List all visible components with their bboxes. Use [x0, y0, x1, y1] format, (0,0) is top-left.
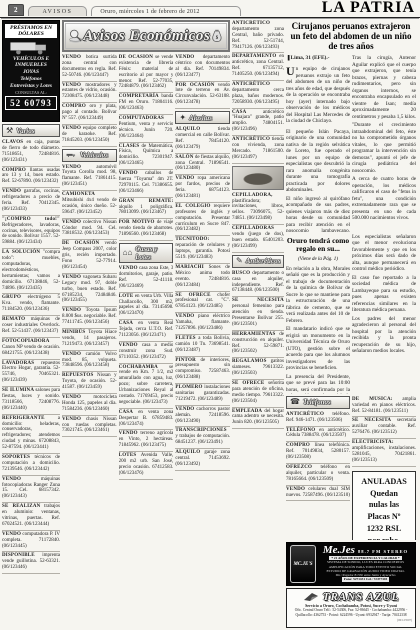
classified-ad: VENDO cachorros pastor alemán. 72418596.…: [175, 406, 230, 428]
article-row-1: Lima, 31 (EFE).- Un equipo de cirujanos …: [286, 55, 416, 231]
classified-ad: SE NECESITA personal femenino para atenc…: [232, 297, 284, 330]
classified-ad: VENDO celulares dual SIM nuevos. 7258749…: [286, 486, 350, 502]
classified-ad: SE NECESITA secretaria auxiliar contable…: [352, 417, 416, 439]
classified-ad: SOPORTES técnicos de computación a domic…: [2, 454, 60, 476]
classifieds-telefonos: ANTICRÉTICO teléfono. Ref. 946-1471. (06…: [286, 411, 350, 502]
pencil-icon: ✎: [236, 257, 243, 265]
classified-ad: PLOMERO instalaciones sanitarias garanti…: [175, 384, 230, 406]
classifieds-col2b: VENDO automóvil Toyota Corolla mod. 98, …: [62, 164, 117, 438]
article-paragraph: El caso fue reportado a la sociedad médi…: [352, 275, 416, 314]
classifieds-col3b: VENDO casa zona Este, 3 dormitorios, gar…: [119, 265, 174, 480]
article-paragraph: Los especialistas señalaron que el menor…: [352, 234, 416, 273]
classified-ad: CASA en venta Real Tejada, cerca U.T.O. …: [119, 320, 174, 342]
truck-icon: [66, 151, 77, 159]
radio-logo: MC.JE'S: [290, 545, 316, 583]
phone-icon: ☎: [290, 398, 300, 406]
classified-ad: LA SOLUCIÓN "compra todo": muebles, comp…: [2, 249, 60, 294]
classified-ad: VENDO mostradores y estantes de vidrio, …: [62, 82, 117, 104]
column-6-lower: ☎ Teléfonos ANTICRÉTICO teléfono. Ref. 9…: [286, 396, 350, 540]
classified-ad: VENDO departamento céntrico con document…: [175, 54, 230, 82]
classified-ad: FLETES a toda Bolivia, camión 10 Tn. 736…: [175, 335, 230, 357]
classified-ad: ANTICRÉTICO tienda con vivienda, zona Me…: [232, 136, 284, 164]
classified-ad: VENDO chasis Nissan con ruedas completas…: [62, 416, 117, 438]
classified-ad: GRUPO electrógeno 5 Kva. vendo, flamante…: [2, 294, 60, 316]
classifieds-col4a: VENDO departamento céntrico con document…: [175, 54, 230, 109]
loan-ad-phone-label: CONSULTAS AL:: [5, 90, 57, 95]
classified-ad: COMPRETARÍA banda FM en Oruro. 71804116.…: [119, 93, 174, 115]
ekeko-figure-icon: ✦: [179, 114, 186, 122]
house-icon: ⌂⌂: [123, 249, 133, 257]
classified-ad: ALQUILO tienda comercial en calle Bolíva…: [175, 126, 230, 154]
classified-ad: LAVADORAS repuestos Electro Hogar, garan…: [2, 360, 60, 388]
section-tab[interactable]: AVISOS: [28, 6, 88, 16]
radio-ad-phone: Fono: 5271431 Cel.: 72477345: [342, 577, 389, 581]
radio-station-ad: MC.JE'S Me.Jes 88.7 FM STEREO * 21 AÑOS …: [286, 542, 416, 586]
anuladas-line: ANULADAS: [355, 476, 413, 488]
page-number: 2: [8, 4, 24, 16]
money-bag-icon: $: [210, 25, 224, 47]
classified-ad: VENDO camión Volvo mod. 85, volqueta. 73…: [62, 351, 117, 373]
section-header-anticreticos: ✎ Anticréticos: [232, 255, 284, 268]
classified-ad: DEPARTAMENTO en anticrético, zona Centra…: [232, 53, 284, 81]
classified-ad: SE REALIZAN trabajos en aluminio: ventan…: [2, 503, 60, 531]
classified-ad: ALQUILO garaje zona central. 71453692. (…: [175, 449, 230, 471]
article-col-b: Tras la cirugía, Antenor Aguilar explicó…: [352, 55, 416, 231]
radio-name: Me.Jes: [323, 545, 355, 556]
section-title: Anticréticos: [246, 257, 281, 265]
classified-ad: REPUESTOS Nissan y Toyota, de ocasión. 5…: [62, 372, 117, 394]
classified-ad: TECNITODO: reparación de celulares y lap…: [175, 236, 230, 264]
radio-ad-content: Me.Jes 88.7 FM STEREO * 21 AÑOS DE EXPER…: [319, 545, 412, 583]
article-paragraph: El pequeño Islán Pacaya, originario de u…: [286, 129, 350, 194]
section-header-varios: ⚒ Varios: [2, 124, 60, 137]
middle-columns: VENDO botica surtida zona central con do…: [62, 54, 230, 628]
article-paragraph: En relación a la obra, Morales señaló qu…: [286, 266, 350, 325]
classified-ad: VENDO Toyota Ipsum 8.000 $us. negociable…: [62, 307, 117, 329]
article-paragraph: Tras la cirugía, Antenor Aguilar explicó…: [352, 55, 416, 120]
column-1: PRÉSTAMOS EN DÓLARES VEHÍCULOS E INMUEBL…: [2, 20, 60, 628]
loan-ad-item: VEHÍCULOS E INMUEBLES: [5, 56, 57, 68]
drop-cap: U: [286, 66, 296, 77]
article-headline: Cirujanos peruanos extrajeron un feto de…: [286, 20, 416, 53]
classified-ad: LOTE en venta Urb. Villa Challacollo, 30…: [119, 293, 174, 321]
classified-ad: POR MOTIVO de viaje vendo tienda de abar…: [119, 219, 174, 241]
article-paragraph: El niño ingresó al quirófano acompañado …: [286, 196, 350, 232]
newspaper-page: 2 AVISOS Oruro, miércoles 1 de febrero d…: [0, 0, 420, 630]
classified-ad: EMPLEADA del hogar cama adentro se neces…: [232, 408, 284, 430]
classified-ad: COMPRO línea telefónica. Ref. 70149834, …: [286, 442, 350, 464]
classified-ad: GRAN REMATE: alquilo 1 poligráfica. 7801…: [119, 198, 174, 220]
classified-ad: OFREZCO teléfono en alquiler, particular…: [286, 464, 350, 486]
loan-ad: PRÉSTAMOS EN DÓLARES VEHÍCULOS E INMUEBL…: [2, 20, 60, 122]
product-photo: [232, 166, 284, 190]
loan-ad-phone: 52 60793: [5, 96, 57, 110]
classified-ad: COMPRO llantas usadas aro 13 y 14, buen …: [2, 167, 60, 189]
classified-ad: DE MÚSICA: amplia variedad en pianos elé…: [352, 396, 416, 418]
classified-ad: VENDO casa a medio construir zona Sud. 6…: [119, 342, 174, 364]
anuladas-line: 1232 RSL: [355, 523, 413, 535]
section-header-vehiculos: Vehículos: [62, 149, 117, 162]
article-row-2: Oruro tendrá como regalo en su... (Viene…: [286, 234, 416, 394]
classified-ad: MARIACHI Sones de México anima todo even…: [175, 264, 230, 292]
continuation-note: (Viene de la Pág. 1): [286, 257, 350, 262]
column-4: VENDO departamento céntrico con document…: [175, 54, 230, 628]
classified-ad: VENDO computadora P. IV completa. 711728…: [2, 531, 60, 553]
tools-icon: ⚒: [6, 127, 13, 135]
classified-ad: REFRIGERANTE a domicilio: heladeras, con…: [2, 415, 60, 454]
classified-ad: SE OFRECE señorita para atención de ofic…: [232, 380, 284, 408]
middle-region: Avisos Económicos $ VENDO botica surtida…: [62, 20, 230, 628]
classified-ad: "¡COMPRO todo!" Refrigeradores, lavadora…: [2, 216, 60, 249]
continuation-headline: Oruro tendrá como regalo en su...: [286, 234, 350, 255]
classified-ad: VENDO máquinas fotocopiadoras Ranger Zun…: [2, 476, 60, 504]
article-col-c: Los especialistas señalaron que el menor…: [352, 234, 416, 394]
section-title: Casas y Lotes: [135, 245, 169, 261]
classifieds-col3a: DE OCASIÓN se vende existencia de librer…: [119, 54, 174, 241]
classified-ad: VENDO automóvil Toyota Corolla mod. 98, …: [62, 164, 117, 192]
classified-ad: HERRAMIENTAS de construcción en alquiler…: [232, 331, 284, 359]
loan-ad-title: PRÉSTAMOS EN DÓLARES: [5, 24, 57, 38]
classified-ad: COMPRO oro y plata, pago al contado. Bol…: [62, 103, 117, 125]
classified-ad: DISPONIBLE imprenta vende guillotina. 52…: [2, 552, 60, 574]
section-header-casas: ⌂⌂ Casas y Lotes: [119, 243, 174, 263]
classified-ad: EL COLEGIO requiere profesores de inglés…: [175, 203, 230, 236]
dateline: Lima, 31 (EFE).-: [286, 55, 329, 61]
classified-ad: SE OFRECE chofer profesional cat. "C". 6…: [175, 292, 230, 314]
article-paragraph: El mandatario indicó que se erigirá un m…: [286, 326, 350, 372]
section-title: Teléfonos: [303, 398, 331, 406]
classified-ad: FOTOCOPIADORA Canon NP vendo de ocasión.…: [2, 338, 60, 360]
classifieds-col5c: BUSCO departamento o casa en alquiler, i…: [232, 270, 284, 429]
anuladas-line: por robo.: [355, 535, 413, 540]
classified-ad: POR OCASIÓN vendo lote de terreno en Av.…: [175, 82, 230, 110]
classifieds-col1: CLAVOS en caja, puntas de fierro de todo…: [2, 139, 60, 574]
classified-ad: BUSCO departamento o casa en alquiler, i…: [232, 270, 284, 298]
classified-ad: REMATO máquinas de coser industriales Ov…: [2, 316, 60, 338]
classifieds-col5a: ANTICRÉTICO departamento zona Central, b…: [232, 20, 284, 164]
article-paragraph: La presencia del Presidente, que se prev…: [286, 374, 350, 394]
avisos-banner: Avisos Económicos $: [62, 20, 230, 52]
article-paragraph: "Durante el crecimiento intraabdominal d…: [352, 122, 416, 174]
classified-ad: VENDO equipo completo de karaoke. Ref. 7…: [62, 125, 117, 147]
classified-ad: ANTICRÉTICO departamento zona Central, b…: [232, 20, 284, 53]
classifieds-misc: DE MÚSICA: amplia variedad en pianos elé…: [352, 396, 416, 467]
classified-ad: ELECTRICISTA: amplificaciones, instalaci…: [352, 439, 416, 467]
page-body: PRÉSTAMOS EN DÓLARES VEHÍCULOS E INMUEBL…: [0, 18, 420, 630]
bus-ad-contacts: Ofic. Central Oruro Telf.: 52-54306, Fax…: [290, 608, 412, 617]
classified-ad: CEPILLADORA, plastificadora; invitacione…: [232, 192, 284, 225]
bus-icon: [303, 592, 319, 602]
loan-ad-item: Teléfonos: [5, 76, 57, 82]
classifieds-col5b: CEPILLADORA, plastificadora; invitacione…: [232, 192, 284, 253]
column-5: ANTICRÉTICO departamento zona Central, b…: [232, 20, 284, 628]
classified-ad: VENDO colectivo Nissan Cóndor mod. 94. C…: [62, 219, 117, 241]
anuladas-line: Placas Nº: [355, 511, 413, 523]
classified-ad: VENDO botica surtida zona central con do…: [62, 54, 117, 82]
column-2: VENDO botica surtida zona central con do…: [62, 54, 117, 628]
classifieds-col4b: ALQUILO tienda comercial en calle Bolíva…: [175, 126, 230, 471]
section-header-telefonos: ☎ Teléfonos: [286, 396, 350, 409]
date-tab: Oruro, miércoles 1 de febrero de 2012: [91, 6, 241, 16]
article-col-a: Lima, 31 (EFE).- Un equipo de cirujanos …: [286, 55, 350, 231]
radio-frequency: 88.7 FM STEREO: [358, 549, 408, 554]
classified-ad: VENDO motocicleta Honda 125, papeles al …: [62, 394, 117, 416]
classified-ad: CAMIONETA Mitsubishi 4x4 vendo de ocasió…: [62, 191, 117, 219]
classified-ad: TELÉFONO en anticrético. Cédula 7388478.…: [286, 427, 350, 443]
column-3: DE OCASIÓN se vende existencia de librer…: [119, 54, 174, 628]
classified-ad: PINTOR de interiores, presupuesto sin co…: [175, 357, 230, 385]
section-title: Vehículos: [80, 151, 108, 159]
classified-ad: TRANSCRIPCIONES y trabajos de computació…: [175, 427, 230, 449]
classified-ad: MINIBÚS Toyota Hiace vendo, 14 pasajeros…: [62, 329, 117, 351]
bus-company-name: TRANS AZUL: [323, 591, 400, 603]
classified-ad: LOTES Avenida Valle, 200 m2 urb. San Jos…: [119, 452, 174, 480]
continuation-paragraphs: En relación a la obra, Morales señaló qu…: [286, 266, 350, 394]
article-oruro: Oruro tendrá como regalo en su... (Viene…: [286, 234, 350, 394]
ad-code: (06/123507): [290, 618, 412, 622]
article-paragraphs-b: Tras la cirugía, Antenor Aguilar explicó…: [352, 55, 416, 224]
classified-ad: COCHABAMBA se vende en Km. 7 1/2, m2 amu…: [119, 364, 174, 409]
article-paragraph: A cerca de cuatro horas de operación, lo…: [352, 176, 416, 222]
anuladas-lines: ANULADASQuedannulas lasPlacas Nº1232 RSL…: [355, 476, 413, 540]
classified-ad: VENDO ropa americana por fardos, precios…: [175, 175, 230, 203]
article-paragraphs-a: El pequeño Islán Pacaya, originario de u…: [286, 129, 350, 232]
classified-ad: CASA anticrético "Huajara" grande, patio…: [232, 109, 284, 137]
article-paragraphs-c: Los especialistas señalaron que el menor…: [352, 234, 416, 357]
classified-ad: CLASES de Matemática, Física, Química a …: [119, 143, 174, 171]
right-region: Cirujanos peruanos extrajeron un feto de…: [286, 20, 416, 628]
classified-ad: ANTICRÉTICO departamento cerca plaza, ba…: [232, 81, 284, 109]
article-lead-paragraph: Un equipo de cirujanos peruanos extrajo …: [286, 66, 350, 125]
classified-ad: CASA en venta zona Despertar B. 67859483…: [119, 409, 174, 431]
lead-text: n equipo de cirujanos peruanos extrajo u…: [286, 66, 350, 124]
section-title: Alasitas: [189, 114, 212, 122]
classifieds-col2a: VENDO botica surtida zona central con do…: [62, 54, 117, 147]
truck-icon: [5, 39, 57, 55]
anuladas-line: Quedan: [355, 488, 413, 500]
classified-ad: ANTICRÉTICO teléfono. Ref. 946-1471. (06…: [286, 411, 350, 427]
article-dateline-paragraph: Lima, 31 (EFE).-: [286, 55, 350, 62]
loan-ad-item: JOYAS: [5, 69, 57, 75]
classified-ad: VENDO vagoneta Subaru Legacy mod. 97, do…: [62, 274, 117, 307]
section-title: Varios: [16, 127, 34, 135]
banner-title: Avisos Económicos: [83, 28, 210, 45]
classified-ad: VENDO garrafas, cocinas, refrigeradores …: [2, 188, 60, 216]
column-7-lower: DE MÚSICA: amplia variedad en pianos elé…: [352, 396, 416, 540]
classified-ad: DE OCASIÓN vendo Jeep Compass 2007, colo…: [62, 240, 117, 273]
classified-ad: VENDO piano eléctrico Yamaha, flamante. …: [175, 313, 230, 335]
loan-ad-item: Entrevistas y Lotes: [5, 83, 57, 89]
classified-ad: VENDO caballos de fuerza "Toyama" 4m 2T.…: [119, 170, 174, 198]
classified-ad: SE ILUMINA salones para fiestas, luces y…: [2, 387, 60, 415]
classified-ad: SALÓN de fiestas alquilo, zona Central. …: [175, 154, 230, 176]
classified-ad: COMPUTADORAS Pentium, venta y servicio t…: [119, 115, 174, 143]
article-paragraph: Los padres del menor agradecieron al per…: [352, 316, 416, 355]
masthead: LA PATRIA: [322, 0, 415, 16]
page-header: 2 AVISOS Oruro, miércoles 1 de febrero d…: [0, 0, 420, 18]
classified-ad: CEPILLADORAS vendo (juego de dos), buen …: [232, 225, 284, 253]
magnifier-coins-icon: [68, 25, 83, 47]
classified-ad: VENDO casa zona Este, 3 dormitorios, gar…: [119, 265, 174, 293]
right-classifieds-row: ☎ Teléfonos ANTICRÉTICO teléfono. Ref. 9…: [286, 396, 416, 540]
classified-ad: DE OCASIÓN se vende existencia de librer…: [119, 54, 174, 93]
section-header-alasitas: ✦ Alasitas: [175, 111, 230, 124]
classified-ad: REGALAMOS gatitos siameses. 79613322. (0…: [232, 358, 284, 380]
anuladas-notice: ANULADASQuedannulas lasPlacas Nº1232 RSL…: [352, 471, 416, 540]
bus-company-ad: TRANS AZUL Servicio a Oruro, Cochabamba,…: [286, 588, 416, 628]
classified-ad: VENDO terreno agrícola en Vinto, 2 hectá…: [119, 430, 174, 452]
classified-ad: CLAVOS en caja, puntas de fierro de todo…: [2, 139, 60, 167]
anuladas-line: nulas las: [355, 499, 413, 511]
